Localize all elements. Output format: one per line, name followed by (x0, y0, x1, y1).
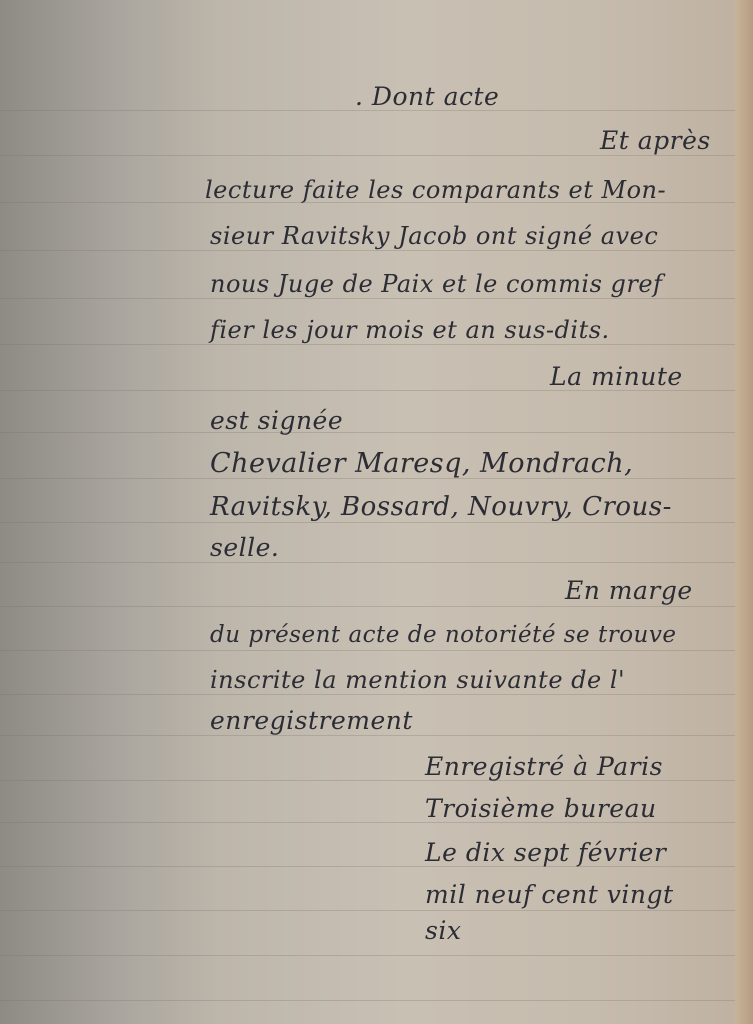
ruled-line (0, 650, 735, 651)
ruled-line (0, 522, 735, 523)
text-line: sieur Ravitsky Jacob ont signé avec (210, 224, 658, 248)
ruled-line (0, 1000, 735, 1001)
ruled-line (0, 432, 735, 433)
text-line: enregistrement (210, 708, 413, 733)
registration-line-2: Troisième bureau (425, 796, 657, 821)
ruled-line (0, 250, 735, 251)
ruled-line (0, 694, 735, 695)
ruled-line (0, 606, 735, 607)
text-line: du présent acte de notoriété se trouve (210, 624, 676, 647)
ruled-line (0, 155, 735, 156)
signatories-line-1: Chevalier Maresq, Mondrach, (210, 450, 633, 477)
ruled-line (0, 562, 735, 563)
text-line: nous Juge de Paix et le commis gref (210, 272, 662, 296)
ruled-line (0, 910, 735, 911)
cardboard-edge (735, 0, 753, 1024)
ruled-line (0, 735, 735, 736)
signatories-line-2: Ravitsky, Bossard, Nouvry, Crous- (210, 494, 672, 520)
signatories-line-3: selle. (210, 535, 279, 560)
registration-line-3: Le dix sept février (425, 840, 666, 865)
handwritten-page: . Dont acte Et après lecture faite les c… (0, 0, 735, 1024)
ruled-line (0, 298, 735, 299)
text-line-dont-acte: . Dont acte (355, 84, 499, 109)
text-line-en-marge: En marge (565, 578, 693, 603)
ruled-line (0, 955, 735, 956)
text-line: fier les jour mois et an sus-dits. (210, 318, 610, 342)
registration-line-1: Enregistré à Paris (425, 754, 663, 779)
text-line: lecture faite les comparants et Mon- (205, 178, 666, 202)
text-line: inscrite la mention suivante de l' (210, 668, 625, 692)
registration-line-5: six (425, 918, 461, 943)
registration-line-4: mil neuf cent vingt (425, 882, 674, 907)
text-line-et-apres: Et après (600, 128, 711, 153)
text-line-la-minute: La minute (550, 364, 683, 389)
ruled-line (0, 344, 735, 345)
text-line: est signée (210, 408, 343, 433)
